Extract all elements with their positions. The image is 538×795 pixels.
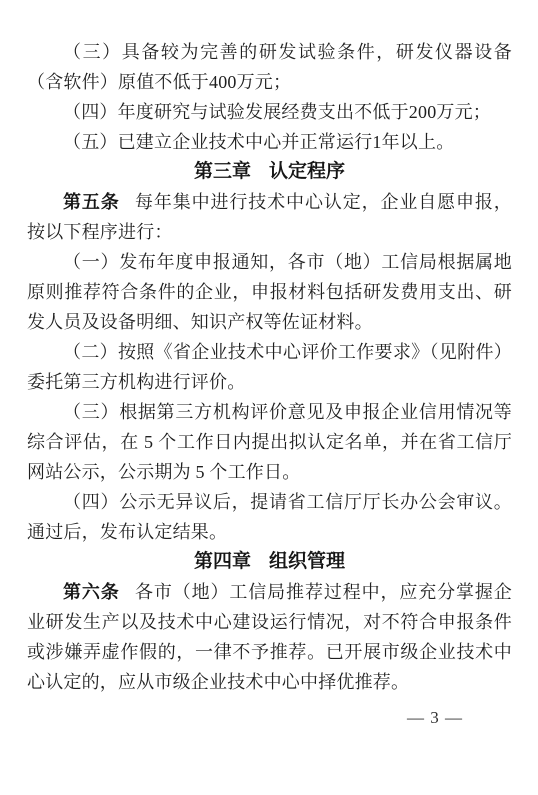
chapter-number: 第四章 — [194, 551, 251, 572]
article-paragraph: 第六条各市（地）工信局推荐过程中，应充分掌握企业研发生产以及技术中心建设运行情况… — [27, 577, 512, 697]
chapter-number: 第三章 — [194, 161, 251, 182]
clause-paragraph: （四）公示无异议后，提请省工信厅厅长办公会审议。通过后，发布认定结果。 — [27, 487, 512, 547]
chapter-heading: 第四章组织管理 — [27, 547, 512, 577]
clause-paragraph: （四）年度研究与试验发展经费支出不低于200万元； — [27, 97, 512, 127]
clause-paragraph: （三）根据第三方机构评价意见及申报企业信用情况等综合评估，在 5 个工作日内提出… — [27, 397, 512, 487]
clause-paragraph: （三）具备较为完善的研发试验条件，研发仪器设备（含软件）原值不低于400万元； — [27, 37, 512, 97]
article-paragraph: 第五条每年集中进行技术中心认定，企业自愿申报，按以下程序进行： — [27, 187, 512, 247]
chapter-title: 组织管理 — [269, 551, 345, 572]
clause-paragraph: （五）已建立企业技术中心并正常运行1年以上。 — [27, 127, 512, 157]
document-page: （三）具备较为完善的研发试验条件，研发仪器设备（含软件）原值不低于400万元； … — [0, 0, 538, 795]
chapter-heading: 第三章认定程序 — [27, 157, 512, 187]
clause-paragraph: （二）按照《省企业技术中心评价工作要求》（见附件）委托第三方机构进行评价。 — [27, 337, 512, 397]
page-number: — 3 — — [27, 703, 463, 733]
clause-paragraph: （一）发布年度申报通知，各市（地）工信局根据属地原则推荐符合条件的企业，申报材料… — [27, 247, 512, 337]
article-label: 第六条 — [63, 582, 120, 602]
article-label: 第五条 — [63, 192, 120, 212]
chapter-title: 认定程序 — [269, 161, 345, 182]
